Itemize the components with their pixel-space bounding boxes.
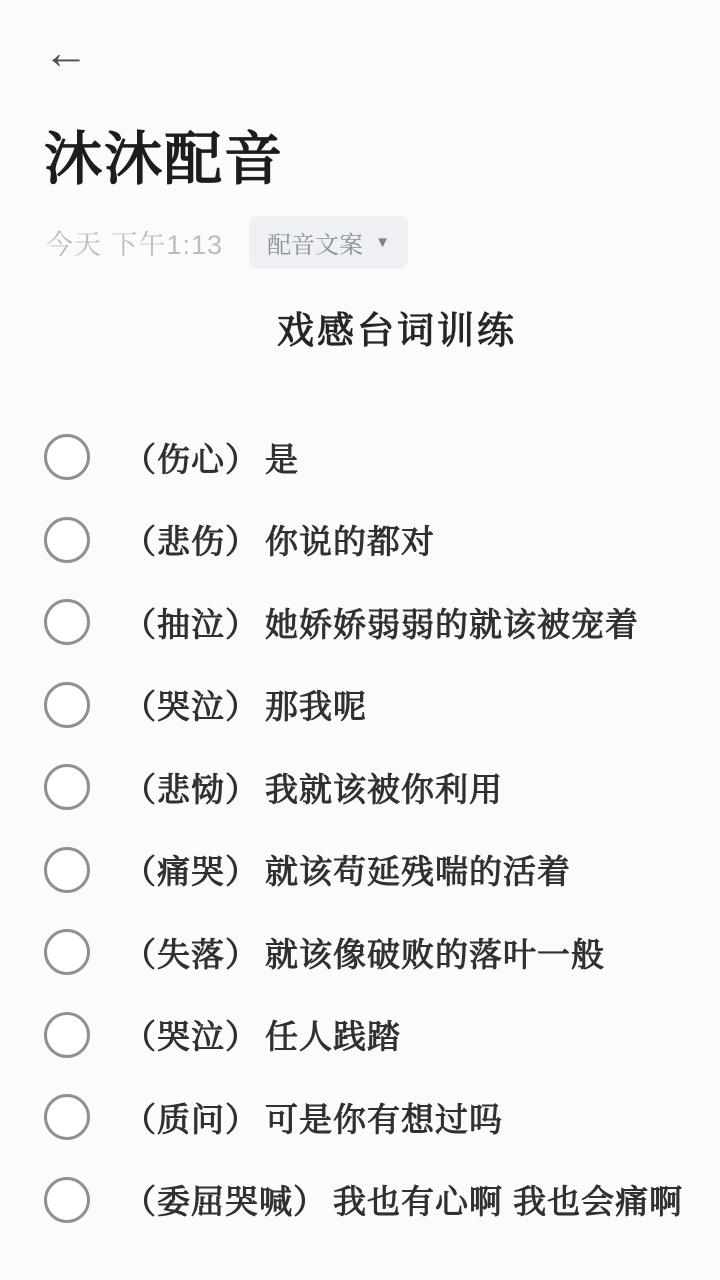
list-item-label: （伤心）是 — [123, 434, 299, 481]
category-tag-label: 配音文案 — [267, 225, 363, 260]
list-item-label: （悲伤）你说的都对 — [123, 516, 435, 563]
line-text: 就该苟延残喘的活着 — [265, 853, 571, 890]
list-item-label: （哭泣）任人践踏 — [123, 1011, 401, 1058]
emotion-tag: （哭泣） — [123, 688, 259, 725]
category-tag-dropdown[interactable]: 配音文案 ▼ — [249, 216, 408, 269]
checkbox-icon[interactable] — [44, 434, 90, 480]
emotion-tag: （委屈哭喊） — [123, 1183, 327, 1220]
emotion-tag: （伤心） — [123, 441, 259, 478]
emotion-tag: （抽泣） — [123, 606, 259, 643]
list-item-label: （失落）就该像破败的落叶一般 — [123, 929, 605, 976]
chevron-down-icon: ▼ — [375, 234, 390, 251]
line-text: 我也有心啊 我也会痛啊 — [333, 1183, 683, 1220]
checkbox-icon[interactable] — [44, 682, 90, 728]
list-item: （质问）可是你有想过吗 — [0, 1076, 720, 1159]
line-text: 你说的都对 — [265, 523, 435, 560]
note-title: 沐沐配音 — [44, 112, 676, 196]
list-item-label: （委屈哭喊）我也有心啊 我也会痛啊 — [123, 1176, 683, 1223]
line-text: 是 — [265, 441, 299, 478]
list-item: （抽泣）她娇娇弱弱的就该被宠着 — [0, 581, 720, 664]
list-item: （悲恸）我就该被你利用 — [0, 746, 720, 829]
checkbox-icon[interactable] — [44, 1012, 90, 1058]
list-item: （痛哭）就该苟延残喘的活着 — [0, 829, 720, 912]
list-item-label: （质问）可是你有想过吗 — [123, 1094, 503, 1141]
list-item-label: （哭泣）那我呢 — [123, 681, 367, 728]
list-item: （哭泣）那我呢 — [0, 664, 720, 747]
list-item: （悲伤）你说的都对 — [0, 499, 720, 582]
line-text: 就该像破败的落叶一般 — [265, 936, 605, 973]
line-text: 那我呢 — [265, 688, 367, 725]
checkbox-icon[interactable] — [44, 929, 90, 975]
line-text: 任人践踏 — [265, 1018, 401, 1055]
checkbox-icon[interactable] — [44, 847, 90, 893]
emotion-tag: （悲恸） — [123, 771, 259, 808]
checkbox-icon[interactable] — [44, 517, 90, 563]
list-item: （委屈哭喊）我也有心啊 我也会痛啊 — [0, 1159, 720, 1242]
list-item: （伤心）是 — [0, 416, 720, 499]
back-arrow-icon: ← — [43, 25, 89, 79]
list-item: （哭泣）任人践踏 — [0, 994, 720, 1077]
line-text: 我就该被你利用 — [265, 771, 503, 808]
note-heading: 戏感台词训练 — [0, 300, 720, 354]
emotion-tag: （失落） — [123, 936, 259, 973]
list-item-label: （抽泣）她娇娇弱弱的就该被宠着 — [123, 599, 639, 646]
checkbox-icon[interactable] — [44, 599, 90, 645]
checklist: （伤心）是 （悲伤）你说的都对 （抽泣）她娇娇弱弱的就该被宠着 （哭泣）那我呢 … — [0, 416, 720, 1241]
emotion-tag: （哭泣） — [123, 1018, 259, 1055]
list-item-label: （悲恸）我就该被你利用 — [123, 764, 503, 811]
checkbox-icon[interactable] — [44, 764, 90, 810]
line-text: 可是你有想过吗 — [265, 1101, 503, 1138]
line-text: 她娇娇弱弱的就该被宠着 — [265, 606, 639, 643]
emotion-tag: （质问） — [123, 1101, 259, 1138]
list-item: （失落）就该像破败的落叶一般 — [0, 911, 720, 994]
list-item-label: （痛哭）就该苟延残喘的活着 — [123, 846, 571, 893]
note-detail-screen: ← 沐沐配音 今天 下午1:13 配音文案 ▼ 戏感台词训练 （伤心）是 （悲伤… — [0, 0, 720, 1280]
checkbox-icon[interactable] — [44, 1177, 90, 1223]
emotion-tag: （悲伤） — [123, 523, 259, 560]
note-timestamp: 今天 下午1:13 — [46, 223, 223, 262]
checkbox-icon[interactable] — [44, 1094, 90, 1140]
back-button[interactable]: ← — [34, 22, 98, 82]
emotion-tag: （痛哭） — [123, 853, 259, 890]
note-meta-row: 今天 下午1:13 配音文案 ▼ — [46, 216, 676, 269]
